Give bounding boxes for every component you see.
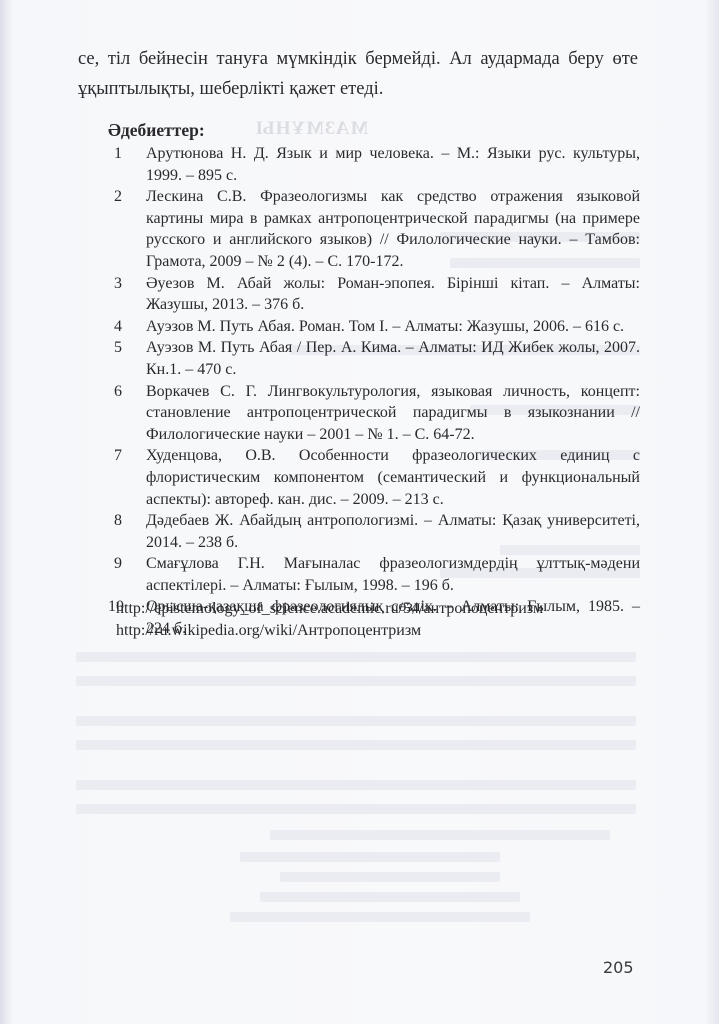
reference-text: Дәдебаев Ж. Абайдың антропологизмі. – Ал… xyxy=(146,512,640,551)
body-paragraph: се, тіл бейнесін тануға мүмкіндік бермей… xyxy=(78,44,638,104)
web-sources: http://epistemology_of_science.academic.… xyxy=(116,598,543,641)
reference-number: 1 xyxy=(114,143,134,165)
reference-number: 2 xyxy=(114,186,134,208)
reference-number: 3 xyxy=(114,273,134,295)
web-source-link: http://epistemology_of_science.academic.… xyxy=(116,598,543,620)
show-through-heading: МАЗМҰНЫ xyxy=(255,118,368,140)
reference-item: 3Әуезов М. Абай жолы: Роман-эпопея. Бірі… xyxy=(108,273,640,316)
reference-number: 9 xyxy=(114,553,134,575)
reference-text: Арутюнова Н. Д. Язык и мир человека. – М… xyxy=(146,145,640,184)
reference-number: 5 xyxy=(114,337,134,359)
reference-text: Воркачев С. Г. Лингвокультурология, язык… xyxy=(146,383,640,443)
references-list: 1Арутюнова Н. Д. Язык и мир человека. – … xyxy=(108,143,640,640)
reference-number: 8 xyxy=(114,510,134,532)
reference-item: 6Воркачев С. Г. Лингвокультурология, язы… xyxy=(108,381,640,446)
reference-item: 9Смағұлова Г.Н. Мағыналас фразеологизмде… xyxy=(108,553,640,596)
reference-text: Ауэзов М. Путь Абая. Роман. Том I. – Алм… xyxy=(146,318,624,335)
page-number: 205 xyxy=(603,958,634,977)
reference-item: 7Худенцова, О.В. Особенности фразеологич… xyxy=(108,445,640,510)
reference-number: 7 xyxy=(114,445,134,467)
reference-item: 1Арутюнова Н. Д. Язык и мир человека. – … xyxy=(108,143,640,186)
reference-item: 8Дәдебаев Ж. Абайдың антропологизмі. – А… xyxy=(108,510,640,553)
references-heading: Әдебиеттер: xyxy=(108,120,205,141)
reference-text: Худенцова, О.В. Особенности фразеологиче… xyxy=(146,447,640,507)
reference-text: Әуезов М. Абай жолы: Роман-эпопея. Бірін… xyxy=(146,275,640,314)
reference-number: 4 xyxy=(114,316,134,338)
web-source-link: http://ru.wikipedia.org/wiki/Антропоцент… xyxy=(116,620,543,642)
reference-item: 2Лескина С.В. Фразеологизмы как средство… xyxy=(108,186,640,272)
reference-text: Ауэзов М. Путь Абая / Пер. А. Кима. – Ал… xyxy=(146,339,640,378)
reference-number: 6 xyxy=(114,381,134,403)
reference-text: Смағұлова Г.Н. Мағыналас фразеологизмдер… xyxy=(146,555,640,594)
scanned-page: МАЗМҰНЫ се, тіл бейнесін тануға мүмкінді… xyxy=(0,0,719,1024)
reference-item: 5Ауэзов М. Путь Абая / Пер. А. Кима. – А… xyxy=(108,337,640,380)
reference-item: 4Ауэзов М. Путь Абая. Роман. Том I. – Ал… xyxy=(108,316,640,338)
reference-text: Лескина С.В. Фразеологизмы как средство … xyxy=(146,188,640,270)
